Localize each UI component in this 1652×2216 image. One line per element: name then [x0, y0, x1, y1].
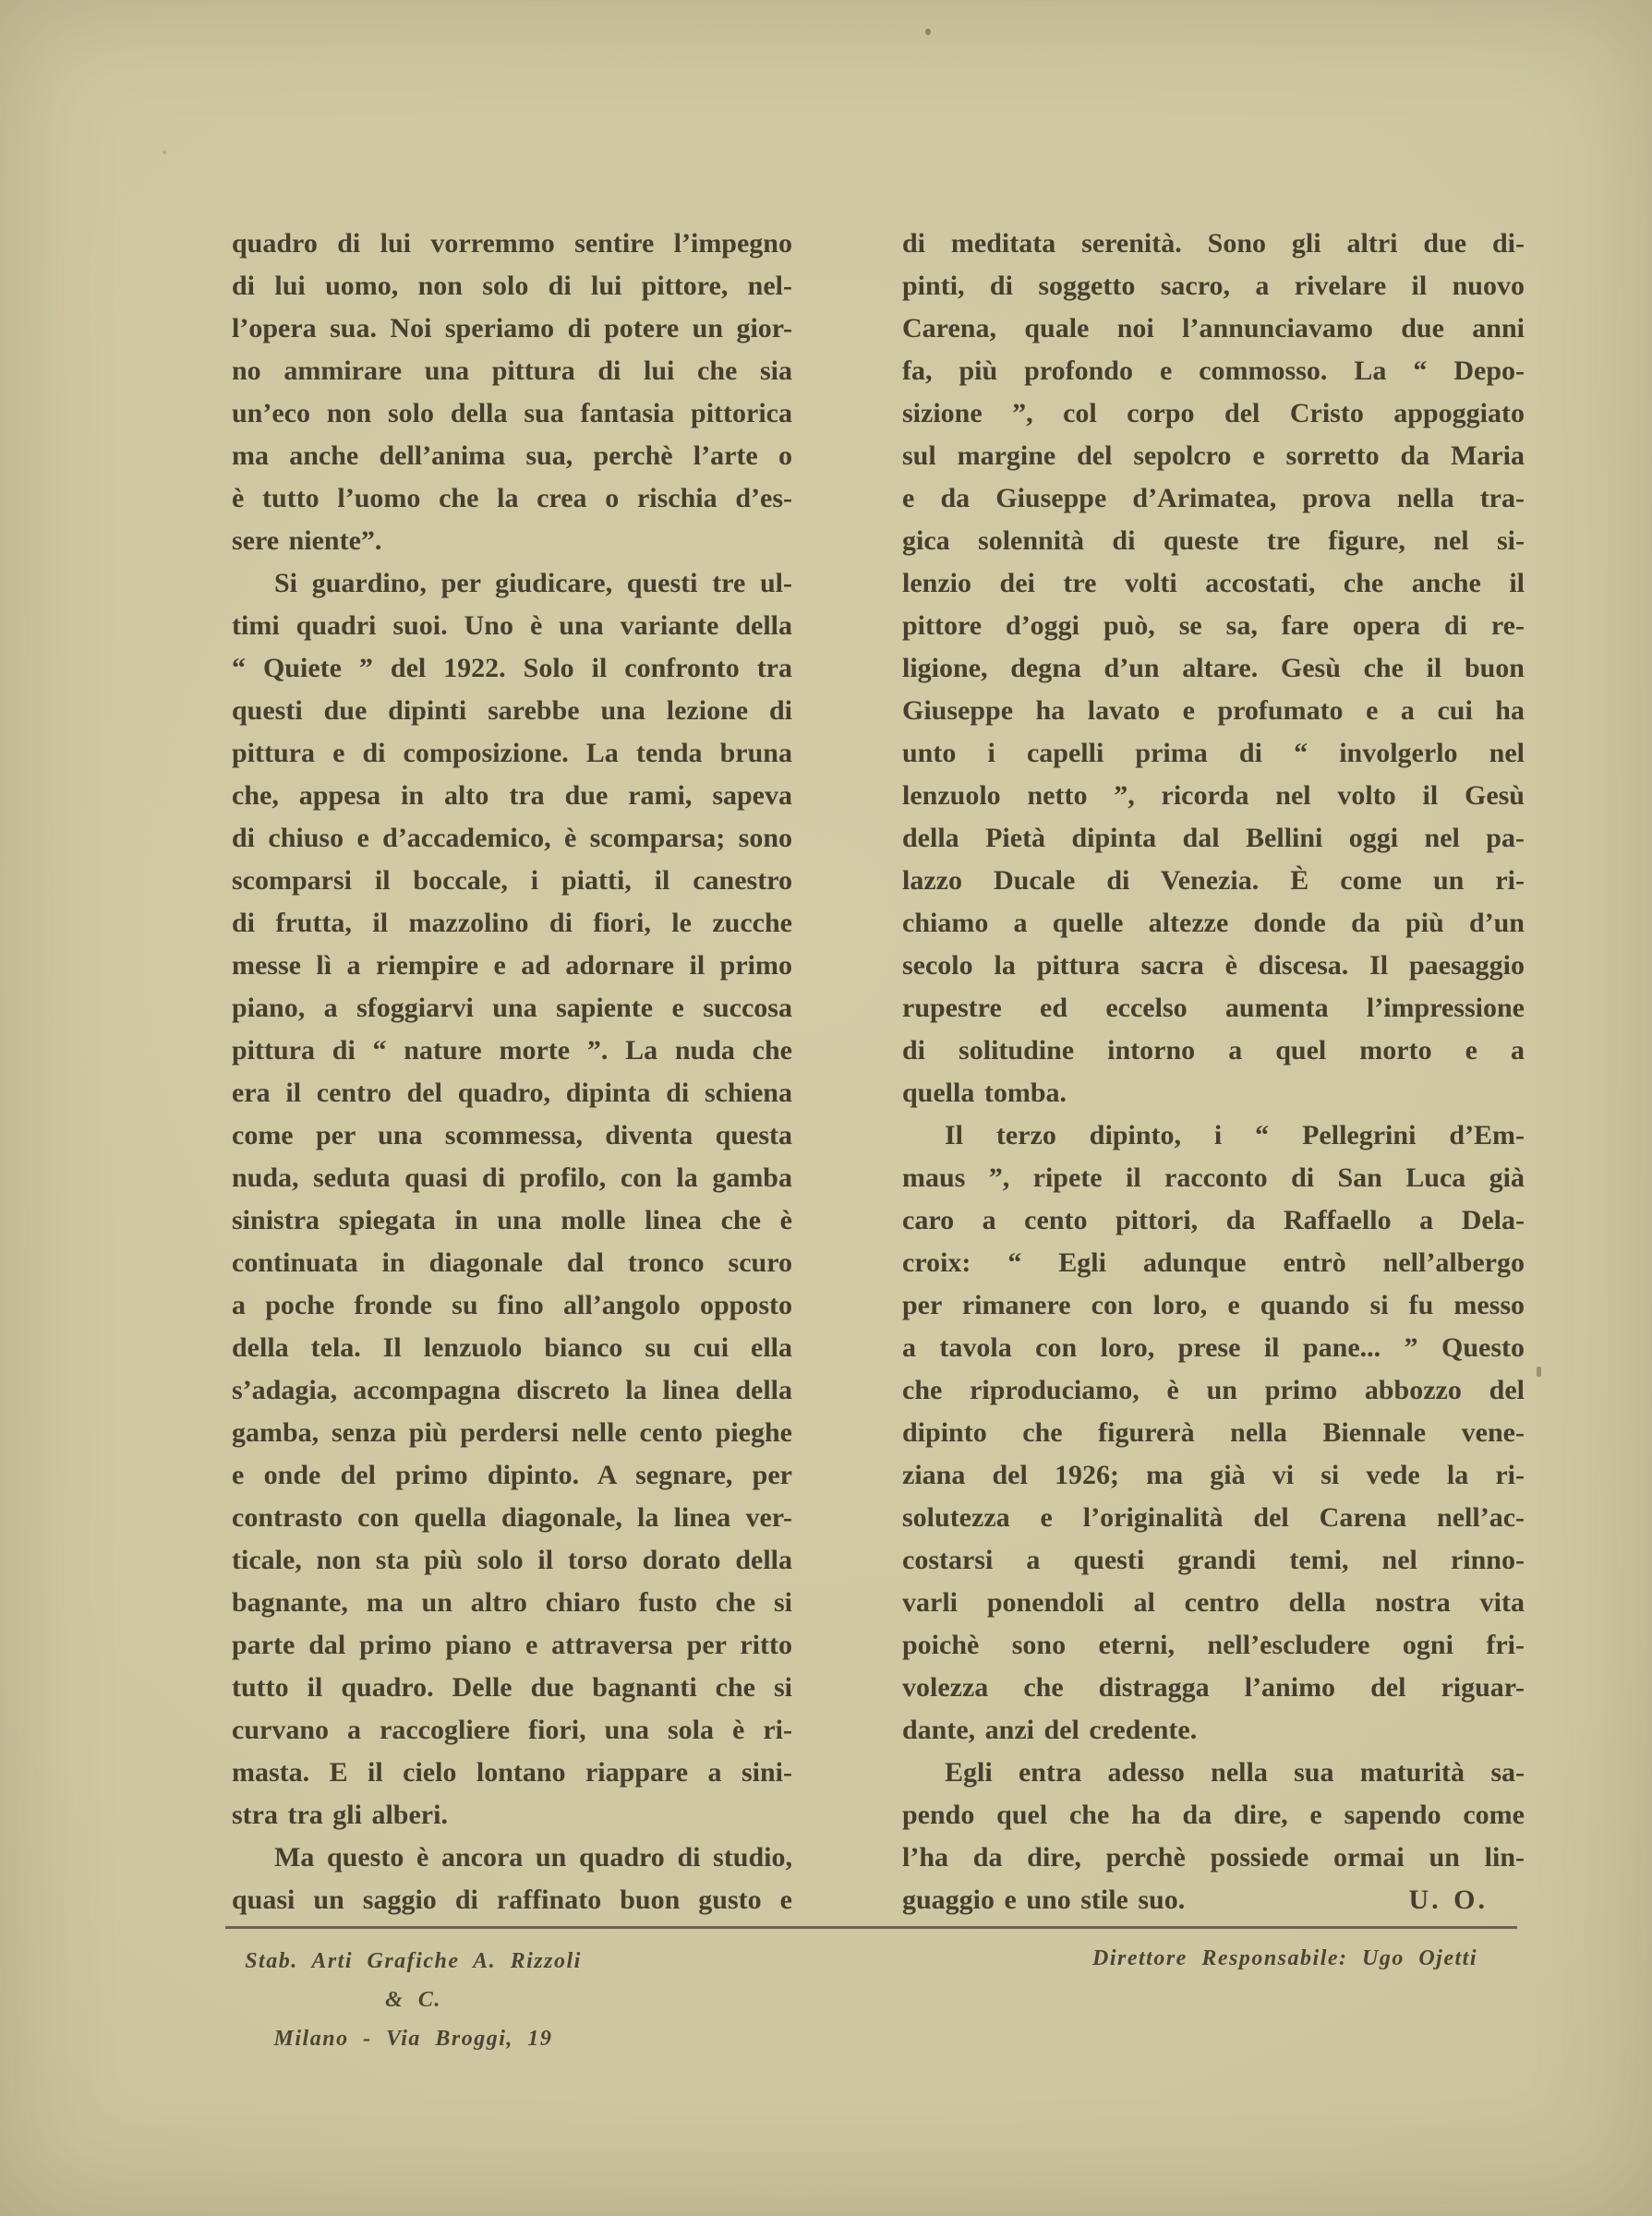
text-line: masta. E il cielo lontano riappare a sin… [232, 1752, 792, 1794]
text-line: parte dal primo piano e attraversa per r… [232, 1624, 792, 1667]
text-line: gica solennità di queste tre figure, nel… [902, 520, 1525, 562]
text-line: ticale, non sta più solo il torso dorato… [232, 1539, 792, 1582]
text-line: pinti, di soggetto sacro, a rivelare il … [902, 265, 1525, 307]
text-line: messe lì a riempire e ad adornare il pri… [232, 945, 792, 987]
footer-divider [225, 1926, 1517, 1929]
text-column-left: quadro di lui vorremmo sentire l’impegno… [232, 223, 792, 1921]
text-line: pendo quel che ha da dire, e sapendo com… [902, 1794, 1525, 1837]
text-line: sizione ”, col corpo del Cristo appoggia… [902, 392, 1525, 435]
text-line: e da Giuseppe d’Arimatea, prova nella tr… [902, 477, 1525, 520]
text-line-fragment: guaggio e uno stile suo. [902, 1879, 1185, 1921]
printer-credit: Stab. Arti Grafiche A. Rizzoli & C. Mila… [231, 1942, 596, 2058]
text-line: Egli entra adesso nella sua maturità sa- [902, 1752, 1525, 1794]
text-line: fa, più profondo e commosso. La “ Depo- [902, 350, 1525, 392]
text-line: timi quadri suoi. Uno è una variante del… [232, 605, 792, 647]
printer-address: Milano - Via Broggi, 19 [231, 2019, 596, 2058]
text-line: secolo la pittura sacra è discesa. Il pa… [902, 945, 1525, 987]
text-line: questi due dipinti sarebbe una lezione d… [232, 690, 792, 732]
text-line: Carena, quale noi l’annunciavamo due ann… [902, 307, 1525, 350]
text-line: era il centro del quadro, dipinta di sch… [232, 1072, 792, 1114]
text-line: un’eco non solo della sua fantasia pitto… [232, 392, 792, 435]
text-line: maus ”, ripete il racconto di San Luca g… [902, 1157, 1525, 1199]
text-line: rupestre ed eccelso aumenta l’impression… [902, 987, 1525, 1030]
text-line: di solitudine intorno a quel morto e a [902, 1030, 1525, 1072]
text-line: guaggio e uno stile suo.U. O. [902, 1879, 1525, 1921]
text-line: lenzio dei tre volti accostati, che anch… [902, 562, 1525, 605]
text-line: dante, anzi del credente. [902, 1709, 1525, 1752]
text-line: ma anche dell’anima sua, perchè l’arte o [232, 435, 792, 477]
text-line: come per una scommessa, diventa questa [232, 1114, 792, 1157]
text-line: ziana del 1926; ma già vi si vede la ri- [902, 1454, 1525, 1497]
text-line: pittore d’oggi può, se sa, fare opera di… [902, 605, 1525, 647]
text-line: contrasto con quella diagonale, la linea… [232, 1497, 792, 1539]
text-line: della Pietà dipinta dal Bellini oggi nel… [902, 817, 1525, 860]
text-line: a poche fronde su fino all’angolo oppost… [232, 1284, 792, 1327]
text-line: per rimanere con loro, e quando si fu me… [902, 1284, 1525, 1327]
text-line: dipinto che figurerà nella Biennale vene… [902, 1412, 1525, 1454]
text-line: s’adagia, accompagna discreto la linea d… [232, 1369, 792, 1412]
text-line: poichè sono eterni, nell’escludere ogni … [902, 1624, 1525, 1667]
text-line: Il terzo dipinto, i “ Pellegrini d’Em- [902, 1114, 1525, 1157]
text-line: che riproduciamo, è un primo abbozzo del [902, 1369, 1525, 1412]
text-line: pittura di “ nature morte ”. La nuda che [232, 1030, 792, 1072]
text-line: sinistra spiegata in una molle linea che… [232, 1199, 792, 1242]
text-line: chiamo a quelle altezze donde da più d’u… [902, 902, 1525, 945]
text-line: Si guardino, per giudicare, questi tre u… [232, 562, 792, 605]
text-line: Ma questo è ancora un quadro di studio, [232, 1837, 792, 1879]
text-line: e onde del primo dipinto. A segnare, per [232, 1454, 792, 1497]
text-line: è tutto l’uomo che la crea o rischia d’e… [232, 477, 792, 520]
text-line: l’ha da dire, perchè possiede ormai un l… [902, 1837, 1525, 1879]
director-credit: Direttore Responsabile: Ugo Ojetti [1092, 1946, 1477, 1971]
text-line: lazzo Ducale di Venezia. È come un ri- [902, 860, 1525, 902]
text-line: gamba, senza più perdersi nelle cento pi… [232, 1412, 792, 1454]
page: quadro di lui vorremmo sentire l’impegno… [0, 0, 1652, 2216]
text-column-right: di meditata serenità. Sono gli altri due… [902, 223, 1525, 1921]
author-initials: U. O. [1409, 1879, 1525, 1921]
text-line: volezza che distragga l’animo del riguar… [902, 1667, 1525, 1709]
printer-name: Stab. Arti Grafiche A. Rizzoli & C. [231, 1942, 596, 2019]
text-line: no ammirare una pittura di lui che sia [232, 350, 792, 392]
text-line: scomparsi il boccale, i piatti, il canes… [232, 860, 792, 902]
text-line: quasi un saggio di raffinato buon gusto … [232, 1879, 792, 1921]
paper-speck [1537, 1367, 1541, 1377]
paper-speck [925, 29, 931, 35]
text-line: curvano a raccogliere fiori, una sola è … [232, 1709, 792, 1752]
text-line: di frutta, il mazzolino di fiori, le zuc… [232, 902, 792, 945]
text-line: ligione, degna d’un altare. Gesù che il … [902, 647, 1525, 690]
paper-speck [163, 151, 166, 154]
text-line: quella tomba. [902, 1072, 1525, 1114]
text-line: di meditata serenità. Sono gli altri due… [902, 223, 1525, 265]
text-line: di chiuso e d’accademico, è scomparsa; s… [232, 817, 792, 860]
text-line: sul margine del sepolcro e sorretto da M… [902, 435, 1525, 477]
text-line: “ Quiete ” del 1922. Solo il confronto t… [232, 647, 792, 690]
text-line: sere niente”. [232, 520, 792, 562]
text-line: costarsi a questi grandi temi, nel rinno… [902, 1539, 1525, 1582]
text-line: piano, a sfoggiarvi una sapiente e succo… [232, 987, 792, 1030]
text-line: quadro di lui vorremmo sentire l’impegno [232, 223, 792, 265]
text-line: croix: “ Egli adunque entrò nell’albergo [902, 1242, 1525, 1284]
text-line: nuda, seduta quasi di profilo, con la ga… [232, 1157, 792, 1199]
text-line: varli ponendoli al centro della nostra v… [902, 1582, 1525, 1624]
text-line: della tela. Il lenzuolo bianco su cui el… [232, 1327, 792, 1369]
text-line: a tavola con loro, prese il pane... ” Qu… [902, 1327, 1525, 1369]
text-line: solutezza e l’originalità del Carena nel… [902, 1497, 1525, 1539]
text-line: stra tra gli alberi. [232, 1794, 792, 1837]
text-line: caro a cento pittori, da Raffaello a Del… [902, 1199, 1525, 1242]
text-line: tutto il quadro. Delle due bagnanti che … [232, 1667, 792, 1709]
text-line: pittura e di composizione. La tenda brun… [232, 732, 792, 775]
text-line: unto i capelli prima di “ involgerlo nel [902, 732, 1525, 775]
text-line: di lui uomo, non solo di lui pittore, ne… [232, 265, 792, 307]
text-line: bagnante, ma un altro chiaro fusto che s… [232, 1582, 792, 1624]
text-line: continuata in diagonale dal tronco scuro [232, 1242, 792, 1284]
text-line: lenzuolo netto ”, ricorda nel volto il G… [902, 775, 1525, 817]
text-line: Giuseppe ha lavato e profumato e a cui h… [902, 690, 1525, 732]
text-line: l’opera sua. Noi speriamo di potere un g… [232, 307, 792, 350]
text-line: che, appesa in alto tra due rami, sapeva [232, 775, 792, 817]
